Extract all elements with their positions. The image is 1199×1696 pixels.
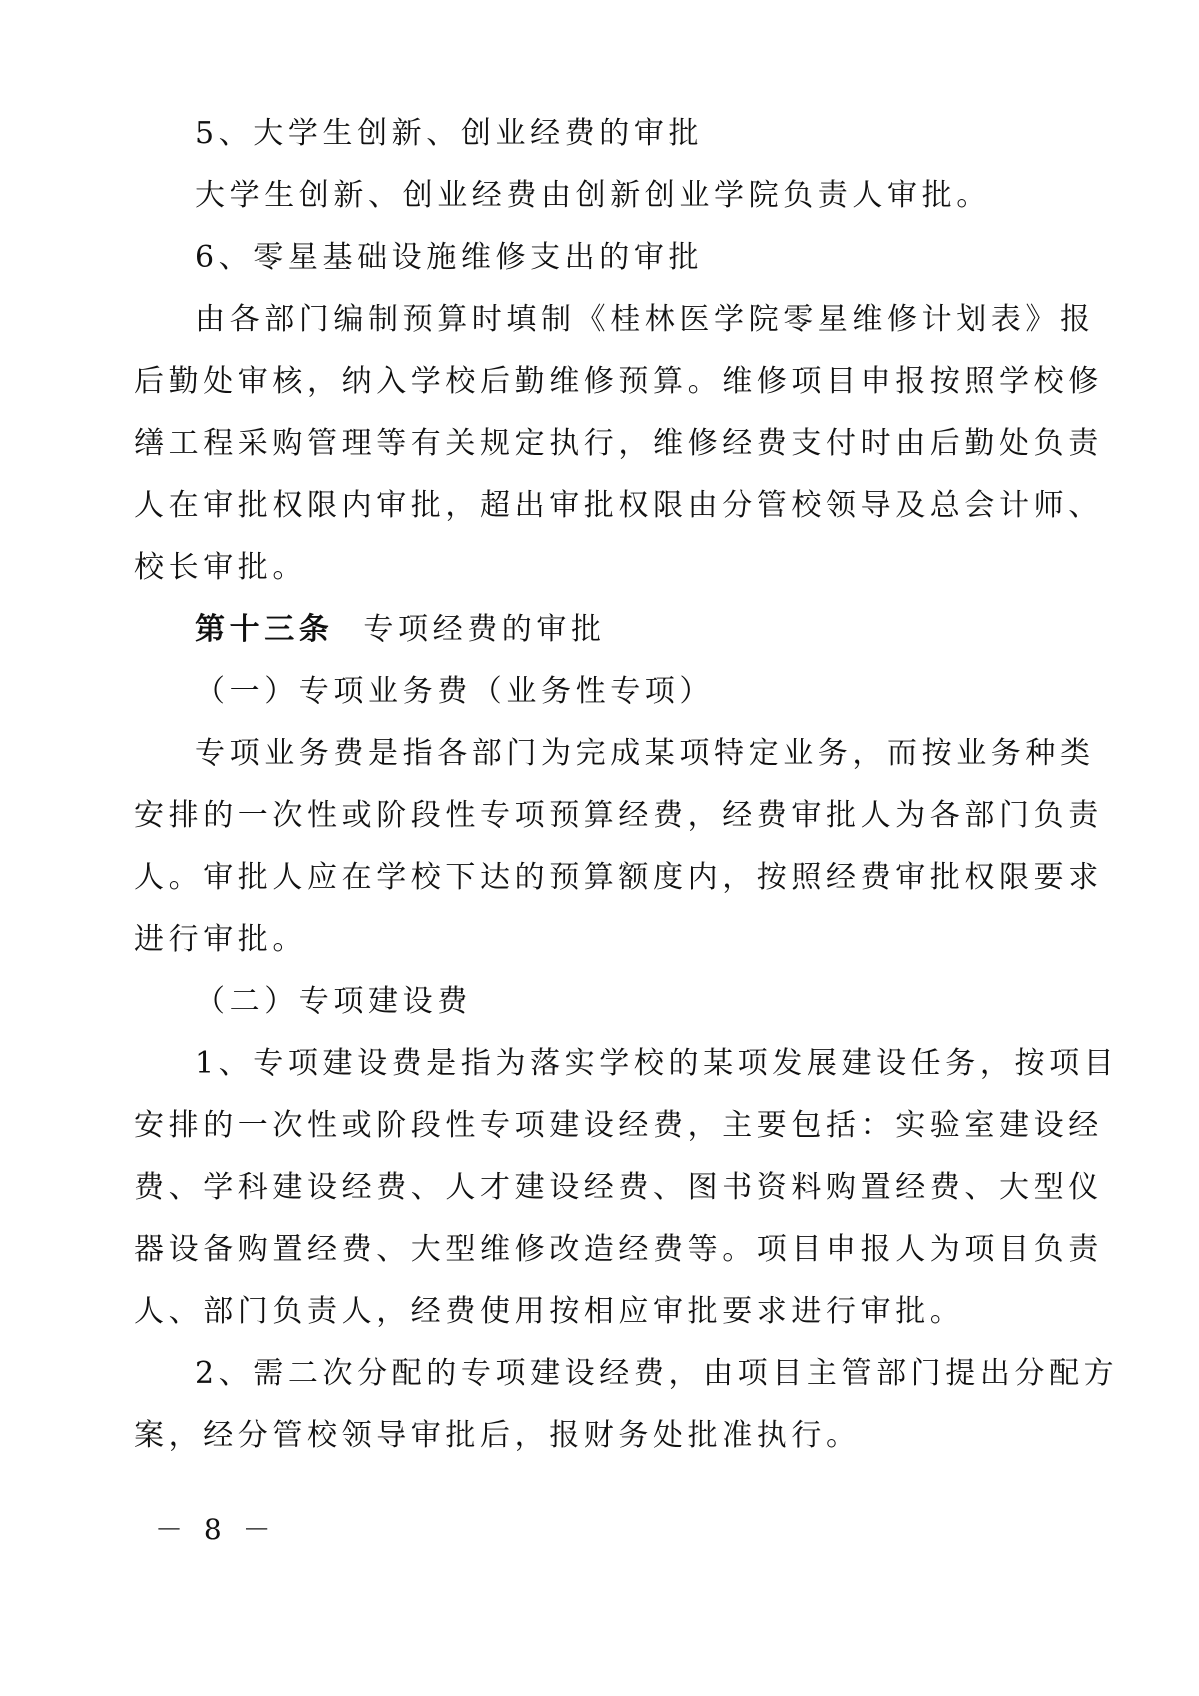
paragraph-line: 校长审批。 <box>134 548 984 588</box>
paragraph-line: 专项业务费是指各部门为完成某项特定业务，而按业务种类 <box>195 734 973 774</box>
paragraph-line: 器设备购置经费、大型维修改造经费等。项目申报人为项目负责 <box>134 1230 984 1270</box>
subheading-item-6: 6、零星基础设施维修支出的审批 <box>195 238 1045 278</box>
paragraph-line: 进行审批。 <box>134 920 984 960</box>
paragraph-line: 大学生创新、创业经费由创新创业学院负责人审批。 <box>195 176 1045 216</box>
section-heading-1: （一）专项业务费（业务性专项） <box>195 672 1045 712</box>
document-page: 5、大学生创新、创业经费的审批 大学生创新、创业经费由创新创业学院负责人审批。 … <box>0 0 1199 1696</box>
paragraph-line: 缮工程采购管理等有关规定执行，维修经费支付时由后勤处负责 <box>134 424 984 464</box>
paragraph-line: 1、专项建设费是指为落实学校的某项发展建设任务，按项目 <box>195 1044 973 1084</box>
paragraph-line: 费、学科建设经费、人才建设经费、图书资料购置经费、大型仪 <box>134 1168 984 1208</box>
paragraph-line: 人在审批权限内审批，超出审批权限由分管校领导及总会计师、 <box>134 486 984 526</box>
article-title: 专项经费的审批 <box>363 612 605 647</box>
paragraph-line: 人、部门负责人，经费使用按相应审批要求进行审批。 <box>134 1292 984 1332</box>
paragraph-line: 安排的一次性或阶段性专项预算经费，经费审批人为各部门负责 <box>134 796 984 836</box>
article-heading: 第十三条专项经费的审批 <box>195 610 1045 650</box>
subheading-item-5: 5、大学生创新、创业经费的审批 <box>195 114 1045 154</box>
paragraph-line: 后勤处审核，纳入学校后勤维修预算。维修项目申报按照学校修 <box>134 362 984 402</box>
page-number: － 8 － <box>155 1510 277 1550</box>
section-heading-2: （二）专项建设费 <box>195 982 1045 1022</box>
article-number: 第十三条 <box>195 612 333 647</box>
paragraph-line: 2、需二次分配的专项建设经费，由项目主管部门提出分配方 <box>195 1354 973 1394</box>
paragraph-line: 案，经分管校领导审批后，报财务处批准执行。 <box>134 1416 984 1456</box>
paragraph-line: 安排的一次性或阶段性专项建设经费，主要包括：实验室建设经 <box>134 1106 984 1146</box>
paragraph-line: 由各部门编制预算时填制《桂林医学院零星维修计划表》报 <box>195 300 973 340</box>
paragraph-line: 人。审批人应在学校下达的预算额度内，按照经费审批权限要求 <box>134 858 984 898</box>
